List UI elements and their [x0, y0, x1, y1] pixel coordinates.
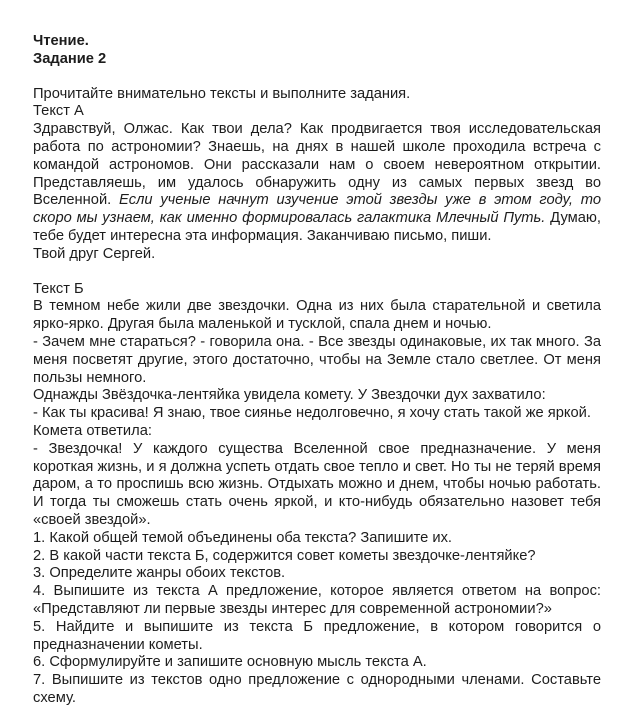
- spacer: [33, 69, 601, 86]
- document-title: Чтение.: [33, 33, 601, 51]
- instruction-text: Прочитайте внимательно тексты и выполнит…: [33, 86, 601, 104]
- text-a-italic: Если ученые начнут изучение этой звезды …: [33, 192, 601, 226]
- text-b-paragraph: - Звездочка! У каждого существа Вселенно…: [33, 441, 601, 530]
- question-item: 1. Какой общей темой объединены оба текс…: [33, 530, 601, 548]
- text-a-signature: Твой друг Сергей.: [33, 246, 601, 264]
- text-b-paragraph: Комета ответила:: [33, 423, 601, 441]
- text-b-paragraph: - Зачем мне стараться? - говорила она. -…: [33, 334, 601, 387]
- document-page: Чтение. Задание 2 Прочитайте внимательно…: [0, 0, 632, 726]
- text-b-paragraph: Однажды Звёздочка-лентяйка увидела комет…: [33, 387, 601, 405]
- text-a-label: Текст А: [33, 103, 601, 121]
- spacer: [33, 264, 601, 281]
- question-item: 2. В какой части текста Б, содержится со…: [33, 548, 601, 566]
- text-b-paragraph: - Как ты красива! Я знаю, твое сиянье не…: [33, 405, 601, 423]
- question-item: 5. Найдите и выпишите из текста Б предло…: [33, 619, 601, 655]
- text-b-paragraph: В темном небе жили две звездочки. Одна и…: [33, 298, 601, 334]
- question-item: 6. Сформулируйте и запишите основную мыс…: [33, 654, 601, 672]
- task-number: Задание 2: [33, 51, 601, 69]
- text-a-body: Здравствуй, Олжас. Как твои дела? Как пр…: [33, 121, 601, 246]
- question-item: 4. Выпишите из текста А предложение, кот…: [33, 583, 601, 619]
- question-item: 3. Определите жанры обоих текстов.: [33, 565, 601, 583]
- question-item: 7. Выпишите из текстов одно предложение …: [33, 672, 601, 708]
- text-b-label: Текст Б: [33, 281, 601, 299]
